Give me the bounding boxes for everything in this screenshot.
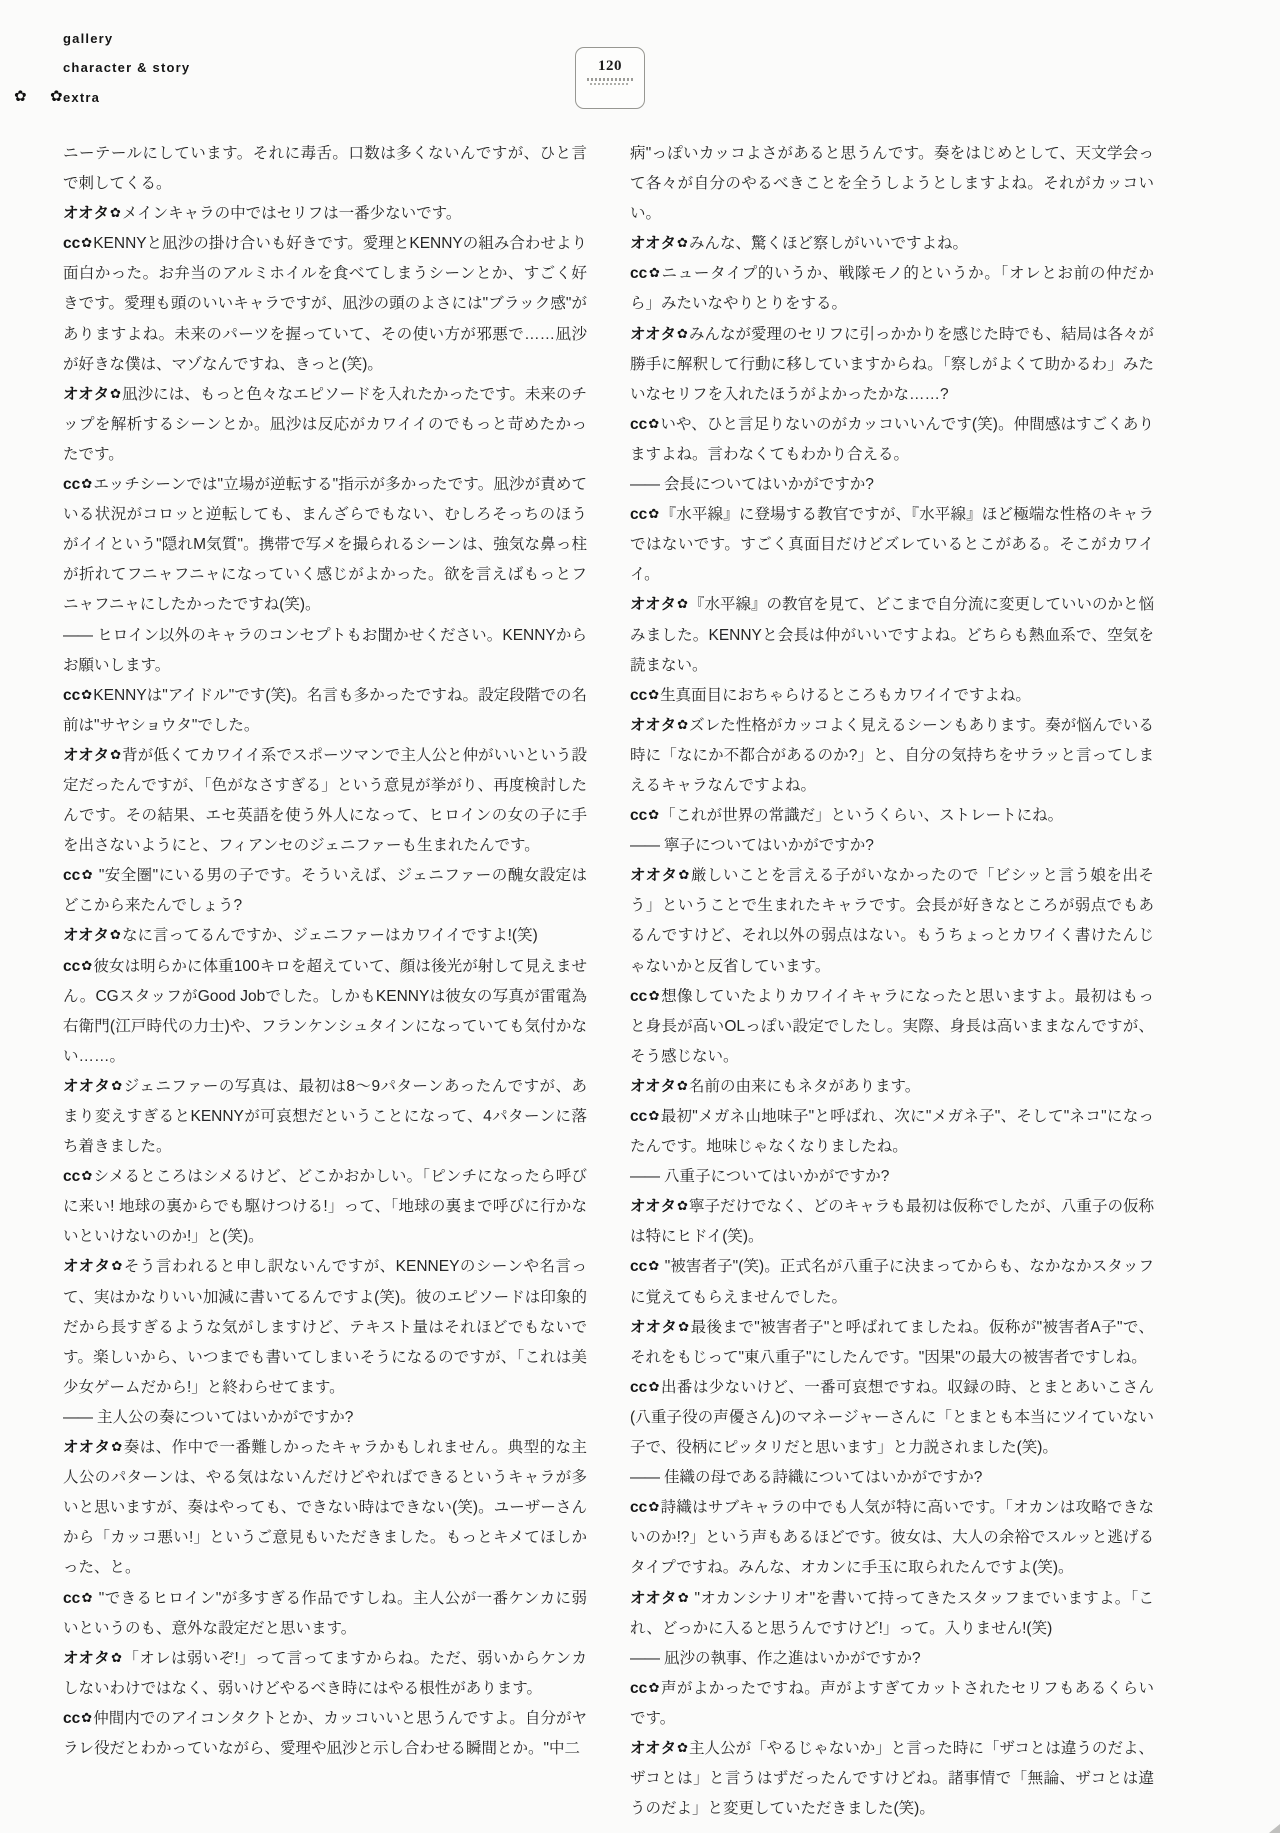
flower-icon: ✿ [80,687,93,702]
speaker-label-cc: cc✿ [630,807,660,824]
paragraph: オオタ✿なに言ってるんですか、ジェニファーはカワイイですよ!(笑) [63,921,587,951]
speaker-label-cc: cc✿ [63,1590,94,1607]
page-caption-microtext [576,78,644,85]
paragraph: cc✿生真面目におちゃらけるところもカワイイですよね。 [630,681,1154,711]
paragraph: オオタ✿厳しいことを言える子がいなかったので「ビシッと言う娘を出そう」ということ… [630,861,1154,981]
paragraph: cc✿いや、ひと言足りないのがカッコいいんです(笑)。仲間感はすごくありますよね… [630,410,1154,470]
column-right: 病"っぽいカッコよさがあると思うんです。奏をはじめとして、天文学会って各々が自分… [630,139,1154,1824]
speaker-label-cc: cc✿ [630,506,660,523]
flower-icon: ✿ [109,386,122,401]
flower-icon: ✿ [80,235,93,250]
flower-icon: ✿ [80,476,93,491]
paragraph: 病"っぽいカッコよさがあると思うんです。奏をはじめとして、天文学会って各々が自分… [630,139,1154,229]
flower-icon: ✿ [80,1710,93,1725]
speaker-label-ota: オオタ✿ [63,927,122,944]
paragraph: オオタ✿みんな、驚くほど察しがいいですよね。 [630,229,1154,259]
paragraph: オオタ✿奏は、作中で一番難しかったキャラかもしれません。典型的な主人公のパターン… [63,1433,587,1583]
paragraph: cc✿ "安全圏"にいる男の子です。そういえば、ジェニファーの醜女設定はどこから… [63,861,587,921]
paragraph: cc✿『水平線』に登場する教官ですが、『水平線』ほど極端な性格のキャラではないで… [630,500,1154,590]
interviewer-dash: —— [630,1650,664,1667]
speaker-label-cc: cc✿ [630,988,661,1005]
paragraph: cc✿KENNYと凪沙の掛け合いも好きです。愛理とKENNYの組み合わせより面白… [63,229,587,379]
flower-icon: ✿ [647,1680,661,1695]
paragraph: オオタ✿主人公が「やるじゃないか」と言った時に「ザコとは違うのだよ、ザコとは」と… [630,1734,1154,1824]
paragraph: オオタ✿名前の由来にもネタがあります。 [630,1072,1154,1102]
paragraph: cc✿想像していたよりカワイイキャラになったと思いますよ。最初はもっと身長が高い… [630,982,1154,1072]
flower-icon: ✿ [647,265,661,280]
speaker-label-cc: cc✿ [63,235,93,252]
speaker-label-ota: オオタ✿ [630,867,691,884]
paragraph: ——主人公の奏についてはいかがですか? [63,1403,587,1433]
speaker-label-cc: cc✿ [63,1168,94,1185]
speaker-label-cc: cc✿ [630,1108,661,1125]
flower-icon: ✿ [109,927,122,942]
paragraph: オオタ✿みんなが愛理のセリフに引っかかりを感じた時でも、結局は各々が勝手に解釈し… [630,320,1154,410]
flower-icon: ✿ [647,807,660,822]
flower-icon: ✿ [647,1258,660,1273]
flower-icon: ✿ [647,988,661,1003]
flower-icon: ✿ [111,1258,124,1273]
flower-icon: ✿ [80,1168,93,1183]
flower-icon: ✿ [110,1439,123,1454]
paragraph: cc✿ "できるヒロイン"が多すぎる作品ですしね。主人公が一番ケンカに弱いという… [63,1584,587,1644]
flower-icon: ✿ [80,958,93,973]
paragraph: オオタ✿ "オカンシナリオ"を書いて持ってきたスタッフまでいますよ。「これ、どっ… [630,1584,1154,1644]
speaker-label-ota: オオタ✿ [63,386,122,403]
flower-icon: ✿ [676,717,689,732]
speaker-label-ota: オオタ✿ [630,326,689,343]
flower-icon: ✿ [647,1108,660,1123]
paragraph: cc✿最初"メガネ山地味子"と呼ばれ、次に"メガネ子"、そして"ネコ"になったん… [630,1102,1154,1162]
paragraph: ——八重子についてはいかがですか? [630,1162,1154,1192]
interviewer-dash: —— [63,627,97,644]
flower-icon: ✿ [677,1319,690,1334]
speaker-label-cc: cc✿ [63,867,94,884]
paragraph: ——佳織の母である詩織についてはいかがですか? [630,1463,1154,1493]
speaker-label-ota: オオタ✿ [630,1319,691,1336]
speaker-label-cc: cc✿ [630,1499,661,1516]
paragraph: オオタ✿『水平線』の教官を見て、どこまで自分流に変更していいのかと悩みました。K… [630,590,1154,680]
paragraph: ——凪沙の執事、作之進はいかがですか? [630,1644,1154,1674]
book-page: gallery character & story ✿ ✿ extra 120 … [0,0,1280,1833]
paragraph: cc✿詩織はサブキャラの中でも人気が特に高いです。「オカンは攻略できないのか!?… [630,1493,1154,1583]
flower-icon: ✿ [676,596,689,611]
speaker-label-ota: オオタ✿ [630,1590,690,1607]
speaker-label-cc: cc✿ [630,1258,660,1275]
paragraph: cc✿声がよかったですね。声がよすぎてカットされたセリフもあるくらいです。 [630,1674,1154,1734]
flower-icon: ✿ [676,235,689,250]
paragraph: オオタ✿メインキャラの中ではセリフは一番少ないです。 [63,199,587,229]
flower-icon: ✿ [676,1740,689,1755]
flower-icon: ✿ [678,867,691,882]
speaker-label-cc: cc✿ [630,416,660,433]
speaker-label-ota: オオタ✿ [630,1198,689,1215]
paragraph: cc✿仲間内でのアイコンタクトとか、カッコいいと思うんですよ。自分がヤラレ役だと… [63,1704,587,1764]
interviewer-dash: —— [630,1469,664,1486]
paragraph: cc✿エッチシーンでは"立場が逆転する"指示が多かったです。凪沙が責めている状況… [63,470,587,620]
flower-icon: ✿ [80,867,94,882]
speaker-label-cc: cc✿ [63,958,93,975]
paragraph: ——会長についてはいかがですか? [630,470,1154,500]
paragraph: オオタ✿寧子だけでなく、どのキャラも最初は仮称でしたが、八重子の仮称は特にヒドイ… [630,1192,1154,1252]
speaker-label-ota: オオタ✿ [63,1078,124,1095]
interviewer-dash: —— [63,1409,97,1426]
interviewer-dash: —— [630,476,664,493]
flower-icon: ✿ [110,1650,123,1665]
speaker-label-ota: オオタ✿ [630,1078,689,1095]
speaker-label-cc: cc✿ [63,1710,93,1727]
paragraph: オオタ✿背が低くてカワイイ系でスポーツマンで主人公と仲がいいという設定だったんで… [63,741,587,861]
speaker-label-cc: cc✿ [63,687,93,704]
flower-icon: ✿ [676,326,689,341]
flower-icon: ✿ [647,687,660,702]
flower-icon: ✿ [647,416,660,431]
paragraph: cc✿シメるところはシメるけど、どこかおかしい。「ピンチになったら呼びに来い! … [63,1162,587,1252]
flower-icon: ✿ [676,1078,689,1093]
page-number: 120 [576,58,644,75]
flower-icon: ✿ [647,1379,661,1394]
speaker-label-cc: cc✿ [630,687,660,704]
nav-extra: extra [63,90,100,105]
flower-icon: ✿ [110,1078,123,1093]
interviewer-dash: —— [630,837,664,854]
speaker-label-ota: オオタ✿ [63,1258,124,1275]
speaker-label-ota: オオタ✿ [63,1650,123,1667]
paragraph: ニーテールにしています。それに毒舌。口数は多くないんですが、ひと言で刺してくる。 [63,139,587,199]
flower-icon: ✿ [109,747,122,762]
speaker-label-cc: cc✿ [63,476,93,493]
flower-icon: ✿ [80,1590,94,1605]
flower-icon: ✿ [14,88,27,106]
speaker-label-ota: オオタ✿ [630,717,689,734]
speaker-label-cc: cc✿ [630,1680,661,1697]
paragraph: ——ヒロイン以外のキャラのコンセプトもお聞かせください。KENNYからお願いしま… [63,621,587,681]
paragraph: ——寧子についてはいかがですか? [630,831,1154,861]
paragraph: cc✿「これが世界の常識だ」というくらい、ストレートにね。 [630,801,1154,831]
paragraph: オオタ✿ジェニファーの写真は、最初は8〜9パターンあったんですが、あまり変えすぎ… [63,1072,587,1162]
paragraph: cc✿ニュータイプ的いうか、戦隊モノ的というか。「オレとお前の仲だから」みたいな… [630,259,1154,319]
paragraph: オオタ✿「オレは弱いぞ!」って言ってますからね。ただ、弱いからケンカしないわけで… [63,1644,587,1704]
paragraph: オオタ✿ズレた性格がカッコよく見えるシーンもあります。奏が悩んでいる時に「なにか… [630,711,1154,801]
nav-gallery: gallery [63,31,113,46]
paragraph: オオタ✿最後まで"被害者子"と呼ばれてましたね。仮称が"被害者A子"で、それをも… [630,1313,1154,1373]
speaker-label-ota: オオタ✿ [630,1740,689,1757]
flower-icon: ✿ [50,88,63,106]
page-corner-artifact [1269,1824,1280,1833]
interviewer-dash: —— [630,1168,664,1185]
flower-icon: ✿ [647,1499,660,1514]
paragraph: cc✿ "被害者子"(笑)。正式名が八重子に決まってからも、なかなかスタッフに覚… [630,1252,1154,1312]
paragraph: オオタ✿そう言われると申し訳ないんですが、KENNEYのシーンや名言って、実はか… [63,1252,587,1402]
paragraph: cc✿出番は少ないけど、一番可哀想ですね。収録の時、とまとあいこさん(八重子役の… [630,1373,1154,1463]
page-number-badge: 120 [575,47,645,109]
column-left: ニーテールにしています。それに毒舌。口数は多くないんですが、ひと言で刺してくる。… [63,139,587,1764]
paragraph: オオタ✿凪沙には、もっと色々なエピソードを入れたかったです。未来のチップを解析す… [63,380,587,470]
speaker-label-cc: cc✿ [630,265,662,282]
speaker-label-ota: オオタ✿ [630,596,689,613]
speaker-label-cc: cc✿ [630,1379,661,1396]
flower-icon: ✿ [647,506,660,521]
flower-icon: ✿ [676,1198,689,1213]
nav-character-story: character & story [63,60,190,75]
speaker-label-ota: オオタ✿ [63,205,122,222]
flower-icon: ✿ [677,1590,690,1605]
speaker-label-ota: オオタ✿ [630,235,689,252]
speaker-label-ota: オオタ✿ [63,1439,124,1456]
paragraph: cc✿KENNYは"アイドル"です(笑)。名言も多かったですね。設定段階での名前… [63,681,587,741]
paragraph: cc✿彼女は明らかに体重100キロを超えていて、顔は後光が射して見えません。CG… [63,952,587,1072]
speaker-label-ota: オオタ✿ [63,747,122,764]
flower-icon: ✿ [109,205,122,220]
